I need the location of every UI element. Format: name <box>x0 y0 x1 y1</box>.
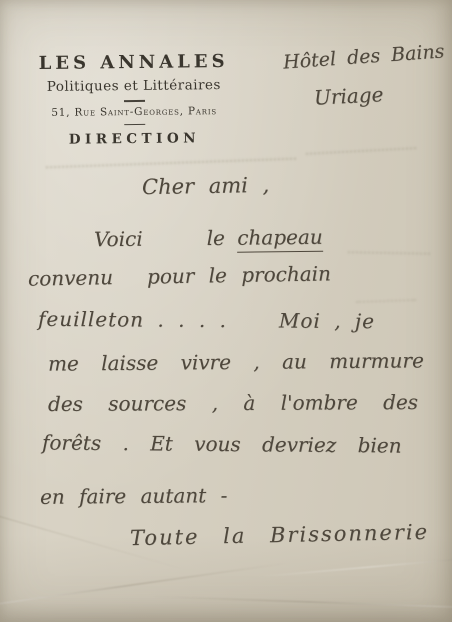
letterhead-address: 51, Rue Saint-Georges, Paris <box>14 104 254 119</box>
handwritten-line: forêts . Et vous devriez bien <box>42 430 402 457</box>
handwritten-phrase: Moi , je <box>279 309 375 334</box>
ink-bleedthrough-mark <box>356 299 416 303</box>
letterhead-subtitle: Politiques et Littéraires <box>14 77 254 96</box>
letterhead-department: DIRECTION <box>14 130 254 149</box>
letterhead: LES ANNALES Politiques et Littéraires 51… <box>14 51 255 149</box>
handwritten-signature: Toute la Brissonnerie <box>130 520 429 550</box>
handwritten-line: convenupour le prochain <box>28 261 331 290</box>
handwritten-line: feuilleton . . . .Moi , je <box>38 307 375 333</box>
handwritten-line: me laisse vivre , au murmure <box>48 348 424 375</box>
handwritten-word: Voici <box>94 227 143 252</box>
handwritten-line: des sources , à l'ombre des <box>48 390 418 416</box>
handwritten-location-line1: Hôtel des Bains <box>282 40 445 73</box>
letter-paper: LES ANNALES Politiques et Littéraires 51… <box>0 0 452 622</box>
paper-crease <box>255 556 452 578</box>
handwritten-line: Voicile chapeau <box>94 225 323 251</box>
letterhead-divider <box>124 100 145 102</box>
handwritten-salutation: Cher ami , <box>142 173 270 199</box>
handwritten-location-line2: Uriage <box>313 82 384 110</box>
handwritten-phrase: feuilleton . . . . <box>38 307 227 332</box>
handwritten-word: le <box>207 226 225 250</box>
ink-bleedthrough-mark <box>306 147 416 155</box>
letterhead-title: LES ANNALES <box>14 51 254 75</box>
handwritten-phrase: pour le prochain <box>147 261 331 288</box>
ink-bleedthrough-mark <box>348 251 430 254</box>
handwritten-line: en faire autant - <box>40 483 228 509</box>
handwritten-word: convenu <box>28 265 113 290</box>
ink-bleedthrough-mark <box>46 158 296 169</box>
letterhead-divider <box>124 123 145 125</box>
paper-crease <box>150 595 452 608</box>
handwritten-word-underlined: chapeau <box>237 225 323 253</box>
paper-crease <box>0 562 289 610</box>
